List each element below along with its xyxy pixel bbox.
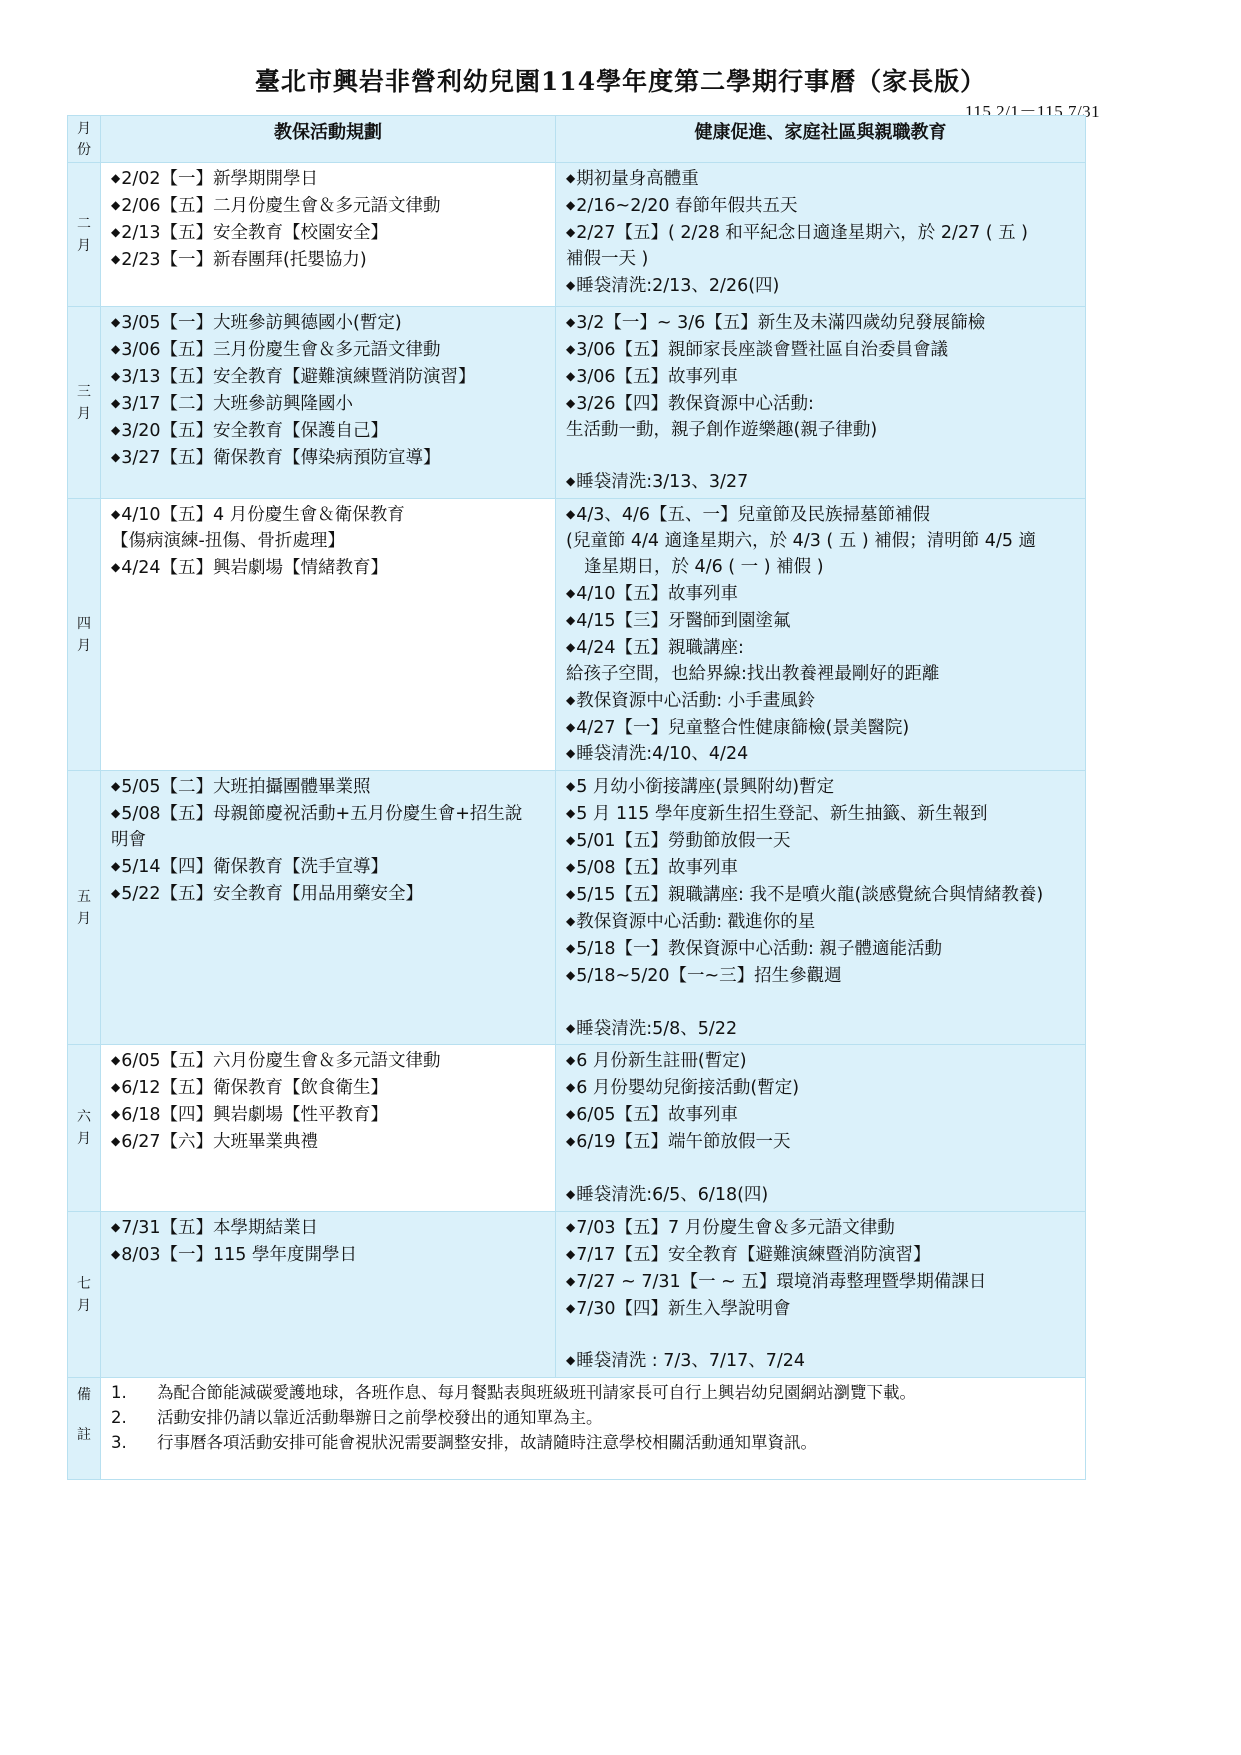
event-item: 明會 (111, 828, 549, 854)
event-item: ◆5/15【五】親職講座: 我不是噴火龍(談感覺統合與情緒教養) (566, 882, 1079, 909)
event-item: ◆5/08【五】故事列車 (566, 855, 1079, 882)
health-family-cell: ◆3/2【一】~ 3/6【五】新生及未滿四歲幼兒發展篩檢◆3/06【五】親師家長… (556, 307, 1086, 499)
diamond-bullet-icon: ◆ (111, 1247, 120, 1261)
event-item: ◆2/23【一】新春團拜(托嬰協力) (111, 247, 549, 274)
note-number: 1. (111, 1380, 157, 1405)
event-item: ◆7/30【四】新生入學說明會 (566, 1296, 1079, 1323)
diamond-bullet-icon: ◆ (566, 171, 575, 185)
diamond-bullet-icon: ◆ (566, 315, 575, 329)
event-text: 7/03【五】7 月份慶生會＆多元語文律動 (576, 1218, 895, 1238)
diamond-bullet-icon: ◆ (566, 342, 575, 356)
diamond-bullet-icon: ◆ (566, 779, 575, 793)
event-text: 6/18【四】興岩劇場【性平教育】 (121, 1105, 388, 1125)
health-family-header: 健康促進、家庭社區與親職教育 (556, 116, 1086, 163)
event-item: ◆3/27【五】衛保教育【傳染病預防宣導】 (111, 445, 549, 472)
event-text: 4/24【五】親職講座: (576, 638, 744, 658)
event-text: 2/13【五】安全教育【校園安全】 (121, 223, 388, 243)
diamond-bullet-icon: ◆ (111, 171, 120, 185)
event-item: ◆7/27 ~ 7/31【一 ~ 五】環境消毒整理暨學期備課日 (566, 1269, 1079, 1296)
diamond-bullet-icon: ◆ (566, 1220, 575, 1234)
month-row-feb: 二月◆2/02【一】新學期開學日◆2/06【五】二月份慶生會＆多元語文律動◆2/… (68, 163, 1086, 307)
event-text: 睡袋清洗:2/13、2/26(四) (576, 276, 779, 296)
event-item: ◆5 月 115 學年度新生招生登記、新生抽籤、新生報到 (566, 801, 1079, 828)
event-item: ◆睡袋清洗:2/13、2/26(四) (566, 273, 1079, 300)
diamond-bullet-icon: ◆ (566, 1107, 575, 1121)
activity-cell: ◆2/02【一】新學期開學日◆2/06【五】二月份慶生會＆多元語文律動◆2/13… (101, 163, 556, 307)
diamond-bullet-icon: ◆ (111, 560, 120, 574)
event-item: ◆5/01【五】勞動節放假一天 (566, 828, 1079, 855)
event-text: 2/06【五】二月份慶生會＆多元語文律動 (121, 196, 440, 216)
event-text: 5/22【五】安全教育【用品用藥安全】 (121, 884, 423, 904)
month-char: 月 (68, 635, 100, 657)
event-text: 教保資源中心活動: 戳進你的星 (576, 912, 815, 932)
event-item: ◆6/05【五】故事列車 (566, 1102, 1079, 1129)
note-item: 1.為配合節能減碳愛護地球，各班作息、每月餐點表與班級班刊請家長可自行上興岩幼兒… (111, 1380, 1079, 1405)
event-item: ◆6/27【六】大班畢業典禮 (111, 1129, 549, 1156)
diamond-bullet-icon: ◆ (111, 342, 120, 356)
diamond-bullet-icon: ◆ (111, 1080, 120, 1094)
event-text: 5/05【二】大班拍攝團體畢業照 (121, 777, 370, 797)
event-item: ◆3/17【二】大班參訪興隆國小 (111, 391, 549, 418)
diamond-bullet-icon: ◆ (566, 1080, 575, 1094)
event-text: 5/18【一】教保資源中心活動: 親子體適能活動 (576, 939, 942, 959)
event-item: ◆6/19【五】端午節放假一天 (566, 1129, 1079, 1156)
diamond-bullet-icon: ◆ (566, 1353, 575, 1367)
event-item: ◆教保資源中心活動: 戳進你的星 (566, 909, 1079, 936)
diamond-bullet-icon: ◆ (566, 1021, 575, 1035)
event-text: 4/10【五】4 月份慶生會＆衛保教育 (121, 505, 405, 525)
event-text: 7/17【五】安全教育【避難演練暨消防演習】 (576, 1245, 930, 1265)
event-text: 8/03【一】115 學年度開學日 (121, 1245, 357, 1265)
month-char: 月 (68, 403, 100, 425)
month-char: 六 (68, 1106, 100, 1128)
event-text: 教保資源中心活動: 小手畫風鈴 (576, 691, 815, 711)
event-text: 4/10【五】故事列車 (576, 584, 738, 604)
diamond-bullet-icon: ◆ (111, 369, 120, 383)
event-text: 6/05【五】故事列車 (576, 1105, 738, 1125)
event-item: 逢星期日，於 4/6 ( 一 ) 補假 ) (566, 555, 1079, 581)
month-label: 四月 (68, 499, 101, 771)
month-label: 七月 (68, 1211, 101, 1377)
event-text: 睡袋清洗 : 7/3、7/17、7/24 (576, 1351, 805, 1371)
notes-label-char: 註 (68, 1424, 100, 1444)
diamond-bullet-icon: ◆ (566, 640, 575, 654)
month-row-may: 五月◆5/05【二】大班拍攝團體畢業照◆5/08【五】母親節慶祝活動+五月份慶生… (68, 771, 1086, 1045)
note-item: 3.行事曆各項活動安排可能會視狀況需要調整安排，故請隨時注意學校相關活動通知單資… (111, 1430, 1079, 1455)
event-item (566, 1156, 1079, 1182)
event-text: 3/27【五】衛保教育【傳染病預防宣導】 (121, 448, 440, 468)
event-item: ◆4/24【五】親職講座: (566, 635, 1079, 662)
diamond-bullet-icon: ◆ (111, 1107, 120, 1121)
event-text: 3/06【五】三月份慶生會＆多元語文律動 (121, 340, 440, 360)
event-item: ◆5/08【五】母親節慶祝活動+五月份慶生會+招生說 (111, 801, 549, 828)
activity-cell: ◆4/10【五】4 月份慶生會＆衛保教育【傷病演練-扭傷、骨折處理】◆4/24【… (101, 499, 556, 771)
event-text: 3/2【一】~ 3/6【五】新生及未滿四歲幼兒發展篩檢 (576, 313, 985, 333)
health-family-cell: ◆期初量身高體重◆2/16~2/20 春節年假共五天◆2/27【五】( 2/28… (556, 163, 1086, 307)
diamond-bullet-icon: ◆ (111, 225, 120, 239)
event-item: ◆8/03【一】115 學年度開學日 (111, 1242, 549, 1269)
diamond-bullet-icon: ◆ (566, 369, 575, 383)
notes-label: 備註 (68, 1378, 101, 1480)
diamond-bullet-icon: ◆ (566, 396, 575, 410)
diamond-bullet-icon: ◆ (111, 886, 120, 900)
diamond-bullet-icon: ◆ (566, 1247, 575, 1261)
event-text: 5/18~5/20【一~三】招生參觀週 (576, 966, 841, 986)
note-item: 2.活動安排仍請以靠近活動舉辦日之前學校發出的通知單為主。 (111, 1405, 1079, 1430)
health-family-cell: ◆5 月幼小銜接講座(景興附幼)暫定◆5 月 115 學年度新生招生登記、新生抽… (556, 771, 1086, 1045)
event-item: ◆5/18~5/20【一~三】招生參觀週 (566, 963, 1079, 990)
event-item: 給孩子空間，也給界線:找出教養裡最剛好的距離 (566, 662, 1079, 688)
diamond-bullet-icon: ◆ (111, 1134, 120, 1148)
month-label: 三月 (68, 307, 101, 499)
event-text: 【傷病演練-扭傷、骨折處理】 (111, 531, 345, 551)
event-text: 2/16~2/20 春節年假共五天 (576, 196, 797, 216)
diamond-bullet-icon: ◆ (111, 450, 120, 464)
event-text: 5/01【五】勞動節放假一天 (576, 831, 790, 851)
diamond-bullet-icon: ◆ (111, 507, 120, 521)
month-char: 月 (68, 1128, 100, 1150)
health-family-cell: ◆6 月份新生註冊(暫定)◆6 月份嬰幼兒銜接活動(暫定)◆6/05【五】故事列… (556, 1045, 1086, 1211)
event-text: 明會 (111, 830, 146, 850)
month-char: 二 (68, 213, 100, 235)
month-char: 月 (68, 235, 100, 257)
event-item: ◆6 月份新生註冊(暫定) (566, 1048, 1079, 1075)
event-item: ◆睡袋清洗:3/13、3/27 (566, 469, 1079, 496)
month-char: 月 (68, 908, 100, 930)
diamond-bullet-icon: ◆ (566, 474, 575, 488)
diamond-bullet-icon: ◆ (566, 225, 575, 239)
event-text: 7/30【四】新生入學說明會 (576, 1299, 790, 1319)
event-item: ◆2/02【一】新學期開學日 (111, 166, 549, 193)
diamond-bullet-icon: ◆ (111, 1053, 120, 1067)
event-text: 7/27 ~ 7/31【一 ~ 五】環境消毒整理暨學期備課日 (576, 1272, 986, 1292)
event-item: ◆睡袋清洗:6/5、6/18(四) (566, 1182, 1079, 1209)
event-item: (兒童節 4/4 適逢星期六，於 4/3 ( 五 ) 補假；清明節 4/5 適 (566, 529, 1079, 555)
event-item: ◆6/12【五】衛保教育【飲食衛生】 (111, 1075, 549, 1102)
event-text: 3/20【五】安全教育【保護自己】 (121, 421, 388, 441)
calendar-table: 月 份 教保活動規劃 健康促進、家庭社區與親職教育 二月◆2/02【一】新學期開… (67, 115, 1086, 1480)
event-text: 4/24【五】興岩劇場【情緒教育】 (121, 558, 388, 578)
event-item (566, 444, 1079, 470)
event-text: 4/15【三】牙醫師到園塗氟 (576, 611, 790, 631)
month-label: 二月 (68, 163, 101, 307)
activity-cell: ◆5/05【二】大班拍攝團體畢業照◆5/08【五】母親節慶祝活動+五月份慶生會+… (101, 771, 556, 1045)
month-char: 七 (68, 1273, 100, 1295)
event-item: ◆5/05【二】大班拍攝團體畢業照 (111, 774, 549, 801)
note-text: 行事曆各項活動安排可能會視狀況需要調整安排，故請隨時注意學校相關活動通知單資訊。 (157, 1430, 817, 1455)
diamond-bullet-icon: ◆ (566, 586, 575, 600)
event-text: 7/31【五】本學期結業日 (121, 1218, 318, 1238)
event-item: ◆2/27【五】( 2/28 和平紀念日適逢星期六，於 2/27 ( 五 ) (566, 220, 1079, 247)
event-text: 睡袋清洗:4/10、4/24 (576, 744, 748, 764)
month-label: 五月 (68, 771, 101, 1045)
event-text: 6/19【五】端午節放假一天 (576, 1132, 790, 1152)
event-text: 睡袋清洗:6/5、6/18(四) (576, 1185, 768, 1205)
event-item: ◆2/13【五】安全教育【校園安全】 (111, 220, 549, 247)
event-text: 逢星期日，於 4/6 ( 一 ) 補假 ) (584, 557, 824, 577)
event-item: ◆6 月份嬰幼兒銜接活動(暫定) (566, 1075, 1079, 1102)
event-text: 生活動一動，親子創作遊樂趣(親子律動) (566, 420, 877, 440)
event-item: ◆5/18【一】教保資源中心活動: 親子體適能活動 (566, 936, 1079, 963)
diamond-bullet-icon: ◆ (111, 1220, 120, 1234)
activity-planning-header: 教保活動規劃 (101, 116, 556, 163)
event-text: 3/13【五】安全教育【避難演練暨消防演習】 (121, 367, 475, 387)
activity-cell: ◆3/05【一】大班參訪興德國小(暫定)◆3/06【五】三月份慶生會＆多元語文律… (101, 307, 556, 499)
activity-cell: ◆6/05【五】六月份慶生會＆多元語文律動◆6/12【五】衛保教育【飲食衛生】◆… (101, 1045, 556, 1211)
activity-cell: ◆7/31【五】本學期結業日◆8/03【一】115 學年度開學日 (101, 1211, 556, 1377)
event-item: ◆3/06【五】故事列車 (566, 364, 1079, 391)
diamond-bullet-icon: ◆ (566, 968, 575, 982)
event-item: ◆教保資源中心活動: 小手畫風鈴 (566, 688, 1079, 715)
diamond-bullet-icon: ◆ (566, 1053, 575, 1067)
diamond-bullet-icon: ◆ (566, 1134, 575, 1148)
event-item: ◆2/06【五】二月份慶生會＆多元語文律動 (111, 193, 549, 220)
notes-label-char: 備 (68, 1384, 100, 1404)
diamond-bullet-icon: ◆ (566, 833, 575, 847)
event-item: ◆6/18【四】興岩劇場【性平教育】 (111, 1102, 549, 1129)
notes-row: 備註1.為配合節能減碳愛護地球，各班作息、每月餐點表與班級班刊請家長可自行上興岩… (68, 1378, 1086, 1480)
event-item: ◆3/06【五】三月份慶生會＆多元語文律動 (111, 337, 549, 364)
diamond-bullet-icon: ◆ (111, 198, 120, 212)
event-item: ◆4/24【五】興岩劇場【情緒教育】 (111, 555, 549, 582)
month-header-char: 月 (68, 119, 100, 140)
event-text: 6/12【五】衛保教育【飲食衛生】 (121, 1078, 388, 1098)
event-text: 6/05【五】六月份慶生會＆多元語文律動 (121, 1051, 440, 1071)
event-item: ◆睡袋清洗 : 7/3、7/17、7/24 (566, 1348, 1079, 1375)
event-item: ◆7/17【五】安全教育【避難演練暨消防演習】 (566, 1242, 1079, 1269)
month-char: 四 (68, 613, 100, 635)
diamond-bullet-icon: ◆ (566, 887, 575, 901)
diamond-bullet-icon: ◆ (111, 806, 120, 820)
month-char: 月 (68, 1295, 100, 1317)
event-text: 2/23【一】新春團拜(托嬰協力) (121, 250, 366, 270)
diamond-bullet-icon: ◆ (111, 315, 120, 329)
month-row-jun: 六月◆6/05【五】六月份慶生會＆多元語文律動◆6/12【五】衛保教育【飲食衛生… (68, 1045, 1086, 1211)
health-family-cell: ◆4/3、4/6【五、一】兒童節及民族掃墓節補假(兒童節 4/4 適逢星期六，於… (556, 499, 1086, 771)
event-text: 6/27【六】大班畢業典禮 (121, 1132, 318, 1152)
event-text: 5 月幼小銜接講座(景興附幼)暫定 (576, 777, 834, 797)
event-text: 4/27【一】兒童整合性健康篩檢(景美醫院) (576, 718, 909, 738)
event-item: ◆3/2【一】~ 3/6【五】新生及未滿四歲幼兒發展篩檢 (566, 310, 1079, 337)
event-item: ◆3/13【五】安全教育【避難演練暨消防演習】 (111, 364, 549, 391)
event-item (566, 1322, 1079, 1348)
event-text: 4/3、4/6【五、一】兒童節及民族掃墓節補假 (576, 505, 930, 525)
event-text: 3/06【五】親師家長座談會暨社區自治委員會議 (576, 340, 948, 360)
diamond-bullet-icon: ◆ (566, 1274, 575, 1288)
event-item: ◆5/22【五】安全教育【用品用藥安全】 (111, 881, 549, 908)
month-row-jul: 七月◆7/31【五】本學期結業日◆8/03【一】115 學年度開學日◆7/03【… (68, 1211, 1086, 1377)
event-item: ◆3/06【五】親師家長座談會暨社區自治委員會議 (566, 337, 1079, 364)
event-text: 睡袋清洗:5/8、5/22 (576, 1019, 737, 1039)
event-text: 期初量身高體重 (576, 169, 699, 189)
event-text: 給孩子空間，也給界線:找出教養裡最剛好的距離 (566, 664, 939, 684)
event-text: 5/08【五】母親節慶祝活動+五月份慶生會+招生說 (121, 804, 522, 824)
event-item: ◆4/10【五】4 月份慶生會＆衛保教育 (111, 502, 549, 529)
event-text: 6 月份嬰幼兒銜接活動(暫定) (576, 1078, 799, 1098)
event-item: ◆3/05【一】大班參訪興德國小(暫定) (111, 310, 549, 337)
notes-content: 1.為配合節能減碳愛護地球，各班作息、每月餐點表與班級班刊請家長可自行上興岩幼兒… (101, 1378, 1086, 1480)
note-text: 活動安排仍請以靠近活動舉辦日之前學校發出的通知單為主。 (157, 1405, 603, 1430)
event-text: 5/15【五】親職講座: 我不是噴火龍(談感覺統合與情緒教養) (576, 885, 1043, 905)
month-label: 六月 (68, 1045, 101, 1211)
event-item: ◆7/03【五】7 月份慶生會＆多元語文律動 (566, 1215, 1079, 1242)
note-number: 3. (111, 1430, 157, 1455)
event-text: 6 月份新生註冊(暫定) (576, 1051, 746, 1071)
event-text: (兒童節 4/4 適逢星期六，於 4/3 ( 五 ) 補假；清明節 4/5 適 (566, 531, 1036, 551)
header-row: 月 份 教保活動規劃 健康促進、家庭社區與親職教育 (68, 116, 1086, 163)
diamond-bullet-icon: ◆ (111, 252, 120, 266)
event-text: 補假一天 ) (566, 249, 648, 269)
diamond-bullet-icon: ◆ (111, 859, 120, 873)
event-item: 生活動一動，親子創作遊樂趣(親子律動) (566, 418, 1079, 444)
diamond-bullet-icon: ◆ (566, 613, 575, 627)
event-text: 睡袋清洗:3/13、3/27 (576, 472, 748, 492)
event-item: ◆5 月幼小銜接講座(景興附幼)暫定 (566, 774, 1079, 801)
event-item: ◆4/15【三】牙醫師到園塗氟 (566, 608, 1079, 635)
event-text: 2/27【五】( 2/28 和平紀念日適逢星期六，於 2/27 ( 五 ) (576, 223, 1028, 243)
diamond-bullet-icon: ◆ (566, 860, 575, 874)
note-number: 2. (111, 1405, 157, 1430)
month-row-apr: 四月◆4/10【五】4 月份慶生會＆衛保教育【傷病演練-扭傷、骨折處理】◆4/2… (68, 499, 1086, 771)
event-item: ◆期初量身高體重 (566, 166, 1079, 193)
event-item (566, 990, 1079, 1016)
event-item: ◆7/31【五】本學期結業日 (111, 1215, 549, 1242)
diamond-bullet-icon: ◆ (111, 423, 120, 437)
event-text: 3/26【四】教保資源中心活動: (576, 394, 814, 414)
event-text: 2/02【一】新學期開學日 (121, 169, 318, 189)
event-text: 5/14【四】衛保教育【洗手宣導】 (121, 857, 388, 877)
event-text: 3/06【五】故事列車 (576, 367, 738, 387)
event-item: ◆6/05【五】六月份慶生會＆多元語文律動 (111, 1048, 549, 1075)
month-header-char: 份 (68, 140, 100, 161)
note-text: 為配合節能減碳愛護地球，各班作息、每月餐點表與班級班刊請家長可自行上興岩幼兒園網… (157, 1380, 916, 1405)
event-item: ◆3/26【四】教保資源中心活動: (566, 391, 1079, 418)
month-char: 三 (68, 381, 100, 403)
diamond-bullet-icon: ◆ (566, 1301, 575, 1315)
diamond-bullet-icon: ◆ (111, 779, 120, 793)
diamond-bullet-icon: ◆ (566, 278, 575, 292)
event-text: 5/08【五】故事列車 (576, 858, 738, 878)
event-item: ◆2/16~2/20 春節年假共五天 (566, 193, 1079, 220)
month-row-mar: 三月◆3/05【一】大班參訪興德國小(暫定)◆3/06【五】三月份慶生會＆多元語… (68, 307, 1086, 499)
diamond-bullet-icon: ◆ (566, 914, 575, 928)
month-char: 五 (68, 886, 100, 908)
event-item: ◆睡袋清洗:5/8、5/22 (566, 1016, 1079, 1043)
event-item: ◆睡袋清洗:4/10、4/24 (566, 741, 1079, 768)
diamond-bullet-icon: ◆ (566, 806, 575, 820)
diamond-bullet-icon: ◆ (566, 1187, 575, 1201)
event-item: ◆4/27【一】兒童整合性健康篩檢(景美醫院) (566, 715, 1079, 742)
event-text: 5 月 115 學年度新生招生登記、新生抽籤、新生報到 (576, 804, 987, 824)
month-column-header: 月 份 (68, 116, 101, 163)
event-item: ◆5/14【四】衛保教育【洗手宣導】 (111, 854, 549, 881)
event-text: 3/05【一】大班參訪興德國小(暫定) (121, 313, 401, 333)
diamond-bullet-icon: ◆ (566, 507, 575, 521)
page-title: 臺北市興岩非營利幼兒園114學年度第二學期行事曆（家長版） (0, 62, 1241, 98)
event-item: ◆4/3、4/6【五、一】兒童節及民族掃墓節補假 (566, 502, 1079, 529)
diamond-bullet-icon: ◆ (566, 198, 575, 212)
diamond-bullet-icon: ◆ (566, 693, 575, 707)
diamond-bullet-icon: ◆ (566, 720, 575, 734)
event-item: ◆3/20【五】安全教育【保護自己】 (111, 418, 549, 445)
diamond-bullet-icon: ◆ (566, 746, 575, 760)
event-item: 補假一天 ) (566, 247, 1079, 273)
event-item: ◆4/10【五】故事列車 (566, 581, 1079, 608)
event-text: 3/17【二】大班參訪興隆國小 (121, 394, 353, 414)
diamond-bullet-icon: ◆ (111, 396, 120, 410)
event-item: 【傷病演練-扭傷、骨折處理】 (111, 529, 549, 555)
diamond-bullet-icon: ◆ (566, 941, 575, 955)
health-family-cell: ◆7/03【五】7 月份慶生會＆多元語文律動◆7/17【五】安全教育【避難演練暨… (556, 1211, 1086, 1377)
